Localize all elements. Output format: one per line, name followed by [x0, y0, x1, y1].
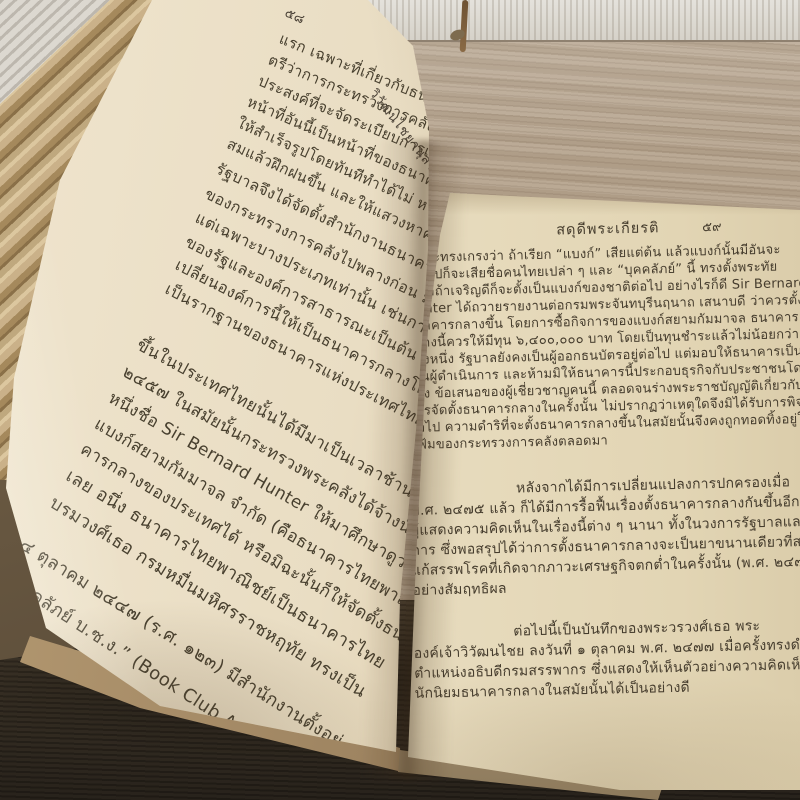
right-paragraph-2: หลังจากได้มีการเปลี่ยนแปลงการปกครองเมื่อ…: [410, 472, 785, 600]
chapter-title: สดุดีพระเกียรติ: [556, 216, 660, 241]
right-paragraph-1: เพราะทรงเกรงว่า ถ้าเรียก “แบงก์” เสียแต่…: [405, 242, 782, 454]
right-page-number: ๕๙: [702, 216, 722, 237]
book-photo: ๕๘ วิวัฒนไชยานุสรณ์ แรก เฉพาะที่เกี่ยวกั…: [0, 0, 800, 800]
right-paragraph-3: ต่อไปนี้เป็นบันทึกของพระวรวงศ์เธอ พระ อง…: [413, 615, 787, 703]
right-page-header: สดุดีพระเกียรติ ๕๙: [404, 214, 776, 242]
right-page-text-block: สดุดีพระเกียรติ ๕๙ เพราะทรงเกรงว่า ถ้าเร…: [404, 214, 787, 704]
left-page-number: ๕๘: [281, 2, 308, 29]
